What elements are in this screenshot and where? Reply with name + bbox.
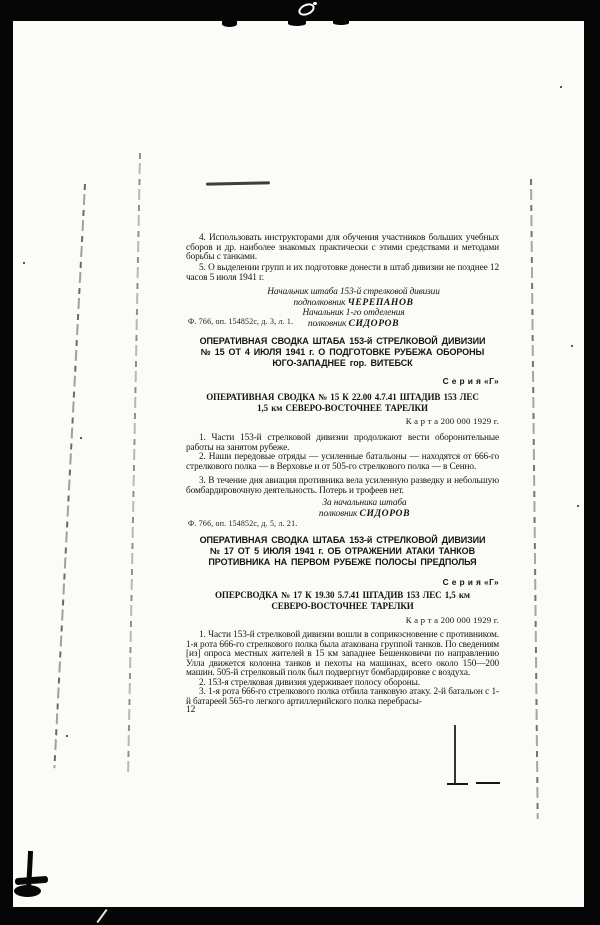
report15-paragraph-2: 2. Наши передовые отряды — усиленные бат… (186, 453, 499, 472)
report15-title-line: № 15 ОТ 4 ИЮЛЯ 1941 г. О ПОДГОТОВКЕ РУБЕ… (186, 347, 499, 358)
scanned-page-background: 4. Использовать инструкторами для обучен… (0, 0, 600, 925)
archive-reference: Ф. 766, оп. 154852с, д. 5, л. 21. (188, 519, 501, 529)
report17-title: ОПЕРАТИВНАЯ СВОДКА ШТАБА 153-й СТРЕЛКОВО… (186, 535, 499, 569)
report17-header-line: СЕВЕРО-ВОСТОЧНЕЕ ТАРЕЛКИ (186, 601, 499, 612)
report15-header-line: ОПЕРАТИВНАЯ СВОДКА № 15 К 22.00 4.7.41 Ш… (186, 392, 499, 403)
speck (66, 735, 68, 737)
report15-header: ОПЕРАТИВНАЯ СВОДКА № 15 К 22.00 4.7.41 Ш… (186, 392, 499, 414)
report15-paragraph-1: 1. Части 153-й стрелковой дивизии продол… (186, 434, 499, 453)
speck (23, 262, 25, 264)
archive-reference: Ф. 766, оп. 154852с, д. 3, л. 1. (188, 317, 501, 327)
report15-header-line: 1,5 км СЕВЕРО-ВОСТОЧНЕЕ ТАРЕЛКИ (186, 403, 499, 414)
map-reference: К а р т а 200 000 1929 г. (186, 417, 499, 427)
report17-title-line: ОПЕРАТИВНАЯ СВОДКА ШТАБА 153-й СТРЕЛКОВО… (186, 535, 499, 546)
signature-block: За начальника штаба полковник СИДОРОВ (186, 499, 499, 520)
speck (560, 86, 562, 88)
signature-name: СИДОРОВ (359, 508, 410, 519)
report15-title-line: ЮГО-ЗАПАДНЕЕ гор. ВИТЕБСК (186, 358, 499, 369)
report17-paragraph-3: 3. 1-я рота 666-го стрелкового полка отб… (186, 688, 499, 707)
paragraph-item-5: 5. О выделении групп и их подготовке дон… (186, 264, 499, 283)
signature-rank: полковник (319, 509, 357, 519)
report17-title-line: № 17 ОТ 5 ИЮЛЯ 1941 г. ОБ ОТРАЖЕНИИ АТАК… (186, 546, 499, 557)
signature-name: ЧЕРЕПАНОВ (348, 297, 414, 308)
map-reference: К а р т а 200 000 1929 г. (186, 616, 499, 626)
report17-paragraph-1: 1. Части 153-й стрелковой дивизии вошли … (186, 631, 499, 679)
series-label: С е р и я «Г» (186, 578, 499, 588)
ink-blob (14, 885, 41, 897)
report17-header-line: ОПЕРСВОДКА № 17 К 19.30 5.7.41 ШТАДИВ 15… (186, 590, 499, 601)
report15-title-line: ОПЕРАТИВНАЯ СВОДКА ШТАБА 153-й СТРЕЛКОВО… (186, 336, 499, 347)
border-scratch-mark (96, 909, 107, 923)
series-label: С е р и я «Г» (186, 377, 499, 387)
speck (571, 345, 573, 347)
report17-title-line: ПРОТИВНИКА НА ПЕРВОМ РУБЕЖЕ ПОЛОСЫ ПРЕДП… (186, 557, 499, 568)
report15-paragraph-3: 3. В течение дня авиация противника вела… (186, 477, 499, 496)
report15-title: ОПЕРАТИВНАЯ СВОДКА ШТАБА 153-й СТРЕЛКОВО… (186, 336, 499, 370)
report17-header: ОПЕРСВОДКА № 17 К 19.30 5.7.41 ШТАДИВ 15… (186, 590, 499, 612)
speck (577, 505, 579, 507)
speck (80, 437, 82, 439)
signature-rank: подполковник (294, 298, 346, 308)
page-number: 12 (186, 706, 499, 716)
paragraph-item-4: 4. Использовать инструкторами для обучен… (186, 234, 499, 263)
document-content: 4. Использовать инструкторами для обучен… (186, 0, 499, 925)
